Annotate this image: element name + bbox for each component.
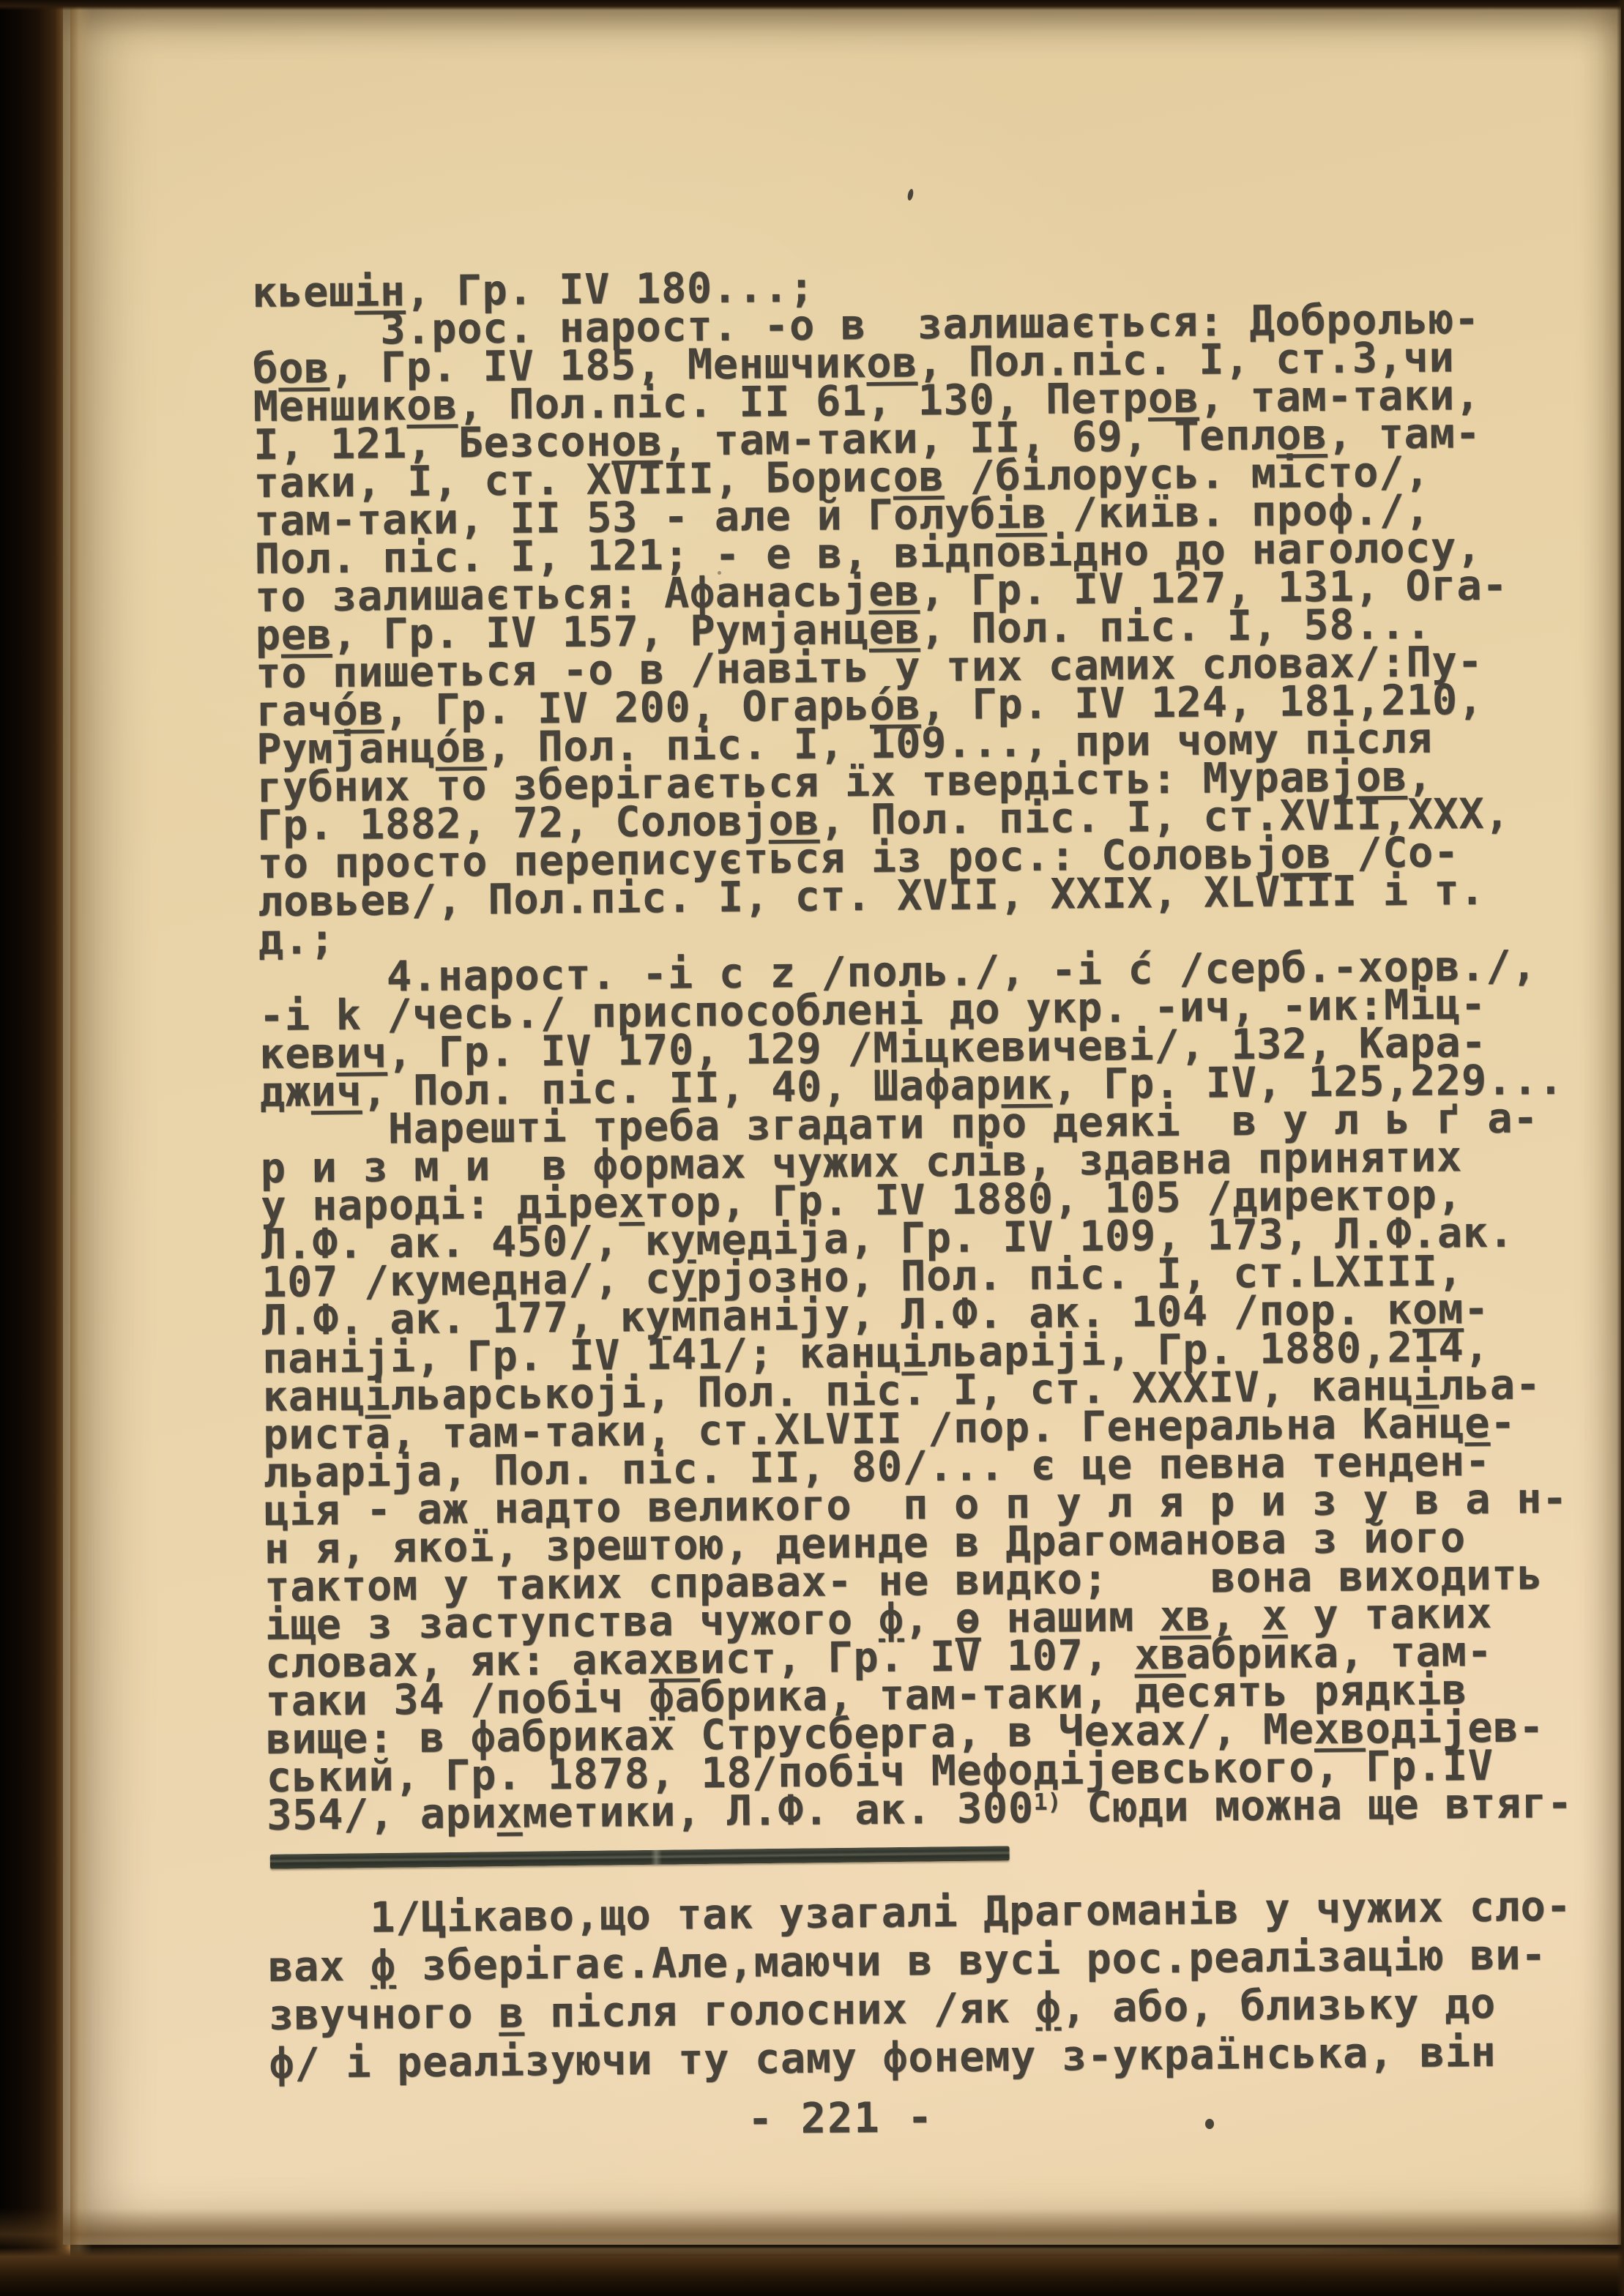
scan-bottom-edge: [0, 2208, 1624, 2296]
scan-right-edge: [1617, 0, 1624, 2296]
text-line: 354/, арихметики, Л.Ф. ак. 3001) Сюди мо…: [267, 1784, 1555, 1835]
book-binding-edge: [0, 0, 70, 2296]
body-text: кьешін, Гр. IV 180...; 3.рос. нарост. -о…: [252, 261, 1555, 1835]
ink-speck: [718, 571, 721, 575]
typewritten-text-block: кьешін, Гр. IV 180...; 3.рос. нарост. -о…: [252, 261, 1558, 2148]
page-number: - 221 -: [269, 2087, 1559, 2148]
scan-top-edge: [0, 0, 1624, 10]
footnote-separator-rule: [270, 1846, 1010, 1868]
scanned-page: кьешін, Гр. IV 180...; 3.рос. нарост. -о…: [63, 6, 1621, 2245]
text-line: ловьев/, Пол.піс. I, ст. XVII, XXIX, XLV…: [258, 871, 1546, 921]
footnote-text: 1/Цікаво,що так узагалі Драгоманів у чуж…: [267, 1882, 1557, 2088]
ink-speck: [1205, 2119, 1214, 2129]
book-scan-viewport: { "document": { "kind": "typewritten-boo…: [0, 0, 1624, 2296]
page-gutter-crease: [70, 0, 92, 2296]
